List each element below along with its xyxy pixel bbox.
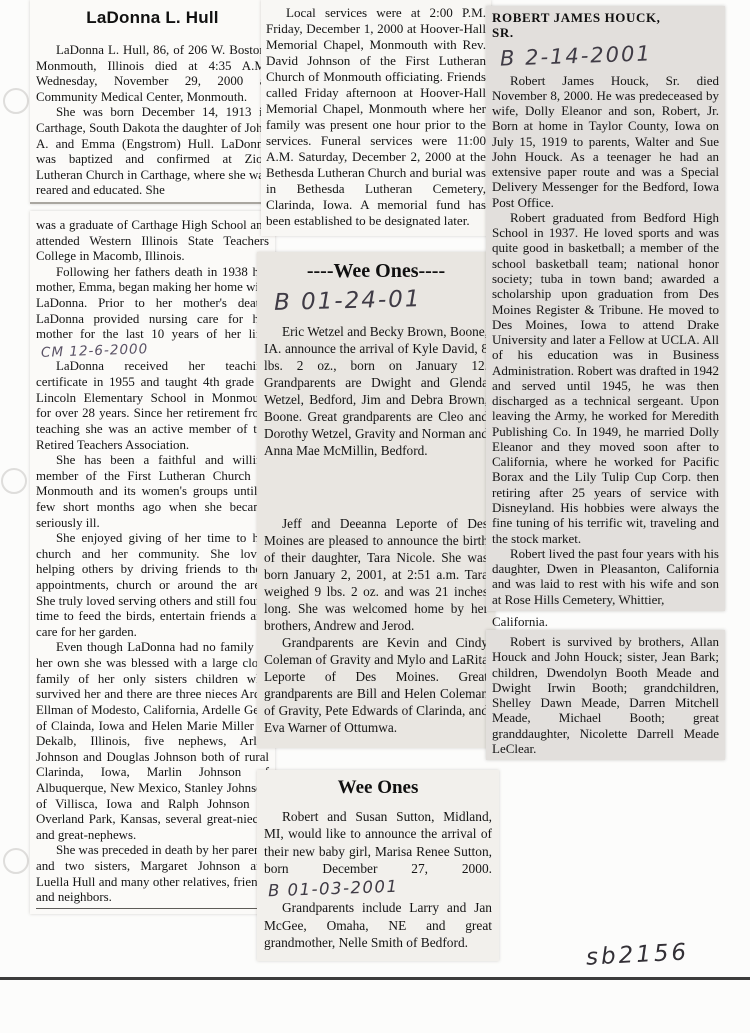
obituary-paragraph-text: Following her fathers death in 1938 her …	[36, 265, 269, 341]
obituary-paragraph: Robert lived the past four years with hi…	[492, 546, 719, 607]
wee-ones-1-title: ----Wee Ones----	[264, 260, 488, 283]
houck-obituary-continuation: California.	[486, 611, 725, 630]
hull-obituary-clipping-bottom: was a graduate of Carthage High School a…	[30, 211, 275, 914]
obituary-paragraph: She was born December 14, 1913 in Cartha…	[36, 105, 269, 199]
obituary-paragraph: was a graduate of Carthage High School a…	[36, 218, 269, 265]
handwritten-date-annotation: B 01-03-2001	[268, 875, 399, 901]
hull-obituary-title: LaDonna L. Hull	[36, 8, 269, 28]
birth-announcement-text: Robert and Susan Sutton, Midland, MI, wo…	[264, 809, 492, 876]
handwritten-date-annotation: CM 12-6-2000	[41, 341, 149, 361]
obituary-paragraph: Following her fathers death in 1938 her …	[36, 265, 269, 360]
birth-announcement-paragraph: Grandparents are Kevin and Cindy Coleman…	[264, 634, 488, 736]
obituary-paragraph: LaDonna L. Hull, 86, of 206 W. Boston, M…	[36, 43, 269, 105]
houck-obituary-clipping: ROBERT JAMES HOUCK,SR. B 2-14-2001 Rober…	[486, 6, 725, 760]
obituary-paragraph: Robert James Houck, Sr. died November 8,…	[492, 73, 719, 210]
handwritten-scrapbook-code: sb2156	[585, 939, 689, 970]
obituary-paragraph: California.	[492, 614, 719, 629]
obituary-paragraph: Robert graduated from Bedford High Schoo…	[492, 210, 719, 546]
houck-obituary-main: ROBERT JAMES HOUCK,SR. B 2-14-2001 Rober…	[486, 6, 725, 611]
obituary-paragraph: Robert is survived by brothers, Allan Ho…	[492, 634, 719, 756]
wee-ones-2-title: Wee Ones	[264, 777, 492, 799]
birth-announcement-paragraph: Jeff and Deeanna Leporte of Des Moines a…	[264, 515, 488, 634]
obituary-paragraph: Even though LaDonna had no family of her…	[36, 640, 269, 843]
birth-announcement-paragraph: Eric Wetzel and Becky Brown, Boone, IA. …	[264, 323, 488, 459]
services-clipping: Local services were at 2:00 P.M. Friday,…	[261, 0, 491, 236]
birth-announcement-paragraph: Grandparents include Larry and Jan McGee…	[264, 899, 492, 951]
houck-obituary-title: ROBERT JAMES HOUCK,SR.	[492, 10, 719, 41]
hole-punch-icon	[3, 88, 29, 114]
birth-announcement-paragraph: Robert and Susan Sutton, Midland, MI, wo…	[264, 808, 492, 899]
hole-punch-icon	[3, 848, 29, 874]
obituary-paragraph: She enjoyed giving of her time to her ch…	[36, 531, 269, 640]
page-edge-line	[0, 977, 750, 980]
houck-title-line1: ROBERT JAMES HOUCK,	[492, 10, 661, 25]
wee-ones-clipping-2: Wee Ones Robert and Susan Sutton, Midlan…	[257, 770, 499, 961]
houck-obituary-survivors: Robert is survived by brothers, Allan Ho…	[486, 630, 725, 760]
handwritten-date-annotation: B 2-14-2001	[500, 41, 653, 70]
obituary-paragraph: She was preceded in death by her parents…	[36, 843, 269, 908]
obituary-paragraph: LaDonna received her teaching certificat…	[36, 359, 269, 453]
houck-title-line2: SR.	[492, 25, 514, 40]
wee-ones-clipping-1: ----Wee Ones---- B 01-24-01 Eric Wetzel …	[257, 252, 495, 748]
obituary-paragraph: She has been a faithful and willing memb…	[36, 453, 269, 531]
hole-punch-icon	[1, 468, 27, 494]
services-paragraph: Local services were at 2:00 P.M. Friday,…	[266, 5, 486, 229]
scrapbook-page: LaDonna L. Hull LaDonna L. Hull, 86, of …	[0, 0, 750, 1033]
hull-obituary-clipping-top: LaDonna L. Hull LaDonna L. Hull, 86, of …	[30, 0, 275, 204]
handwritten-date-annotation: B 01-24-01	[274, 286, 422, 316]
